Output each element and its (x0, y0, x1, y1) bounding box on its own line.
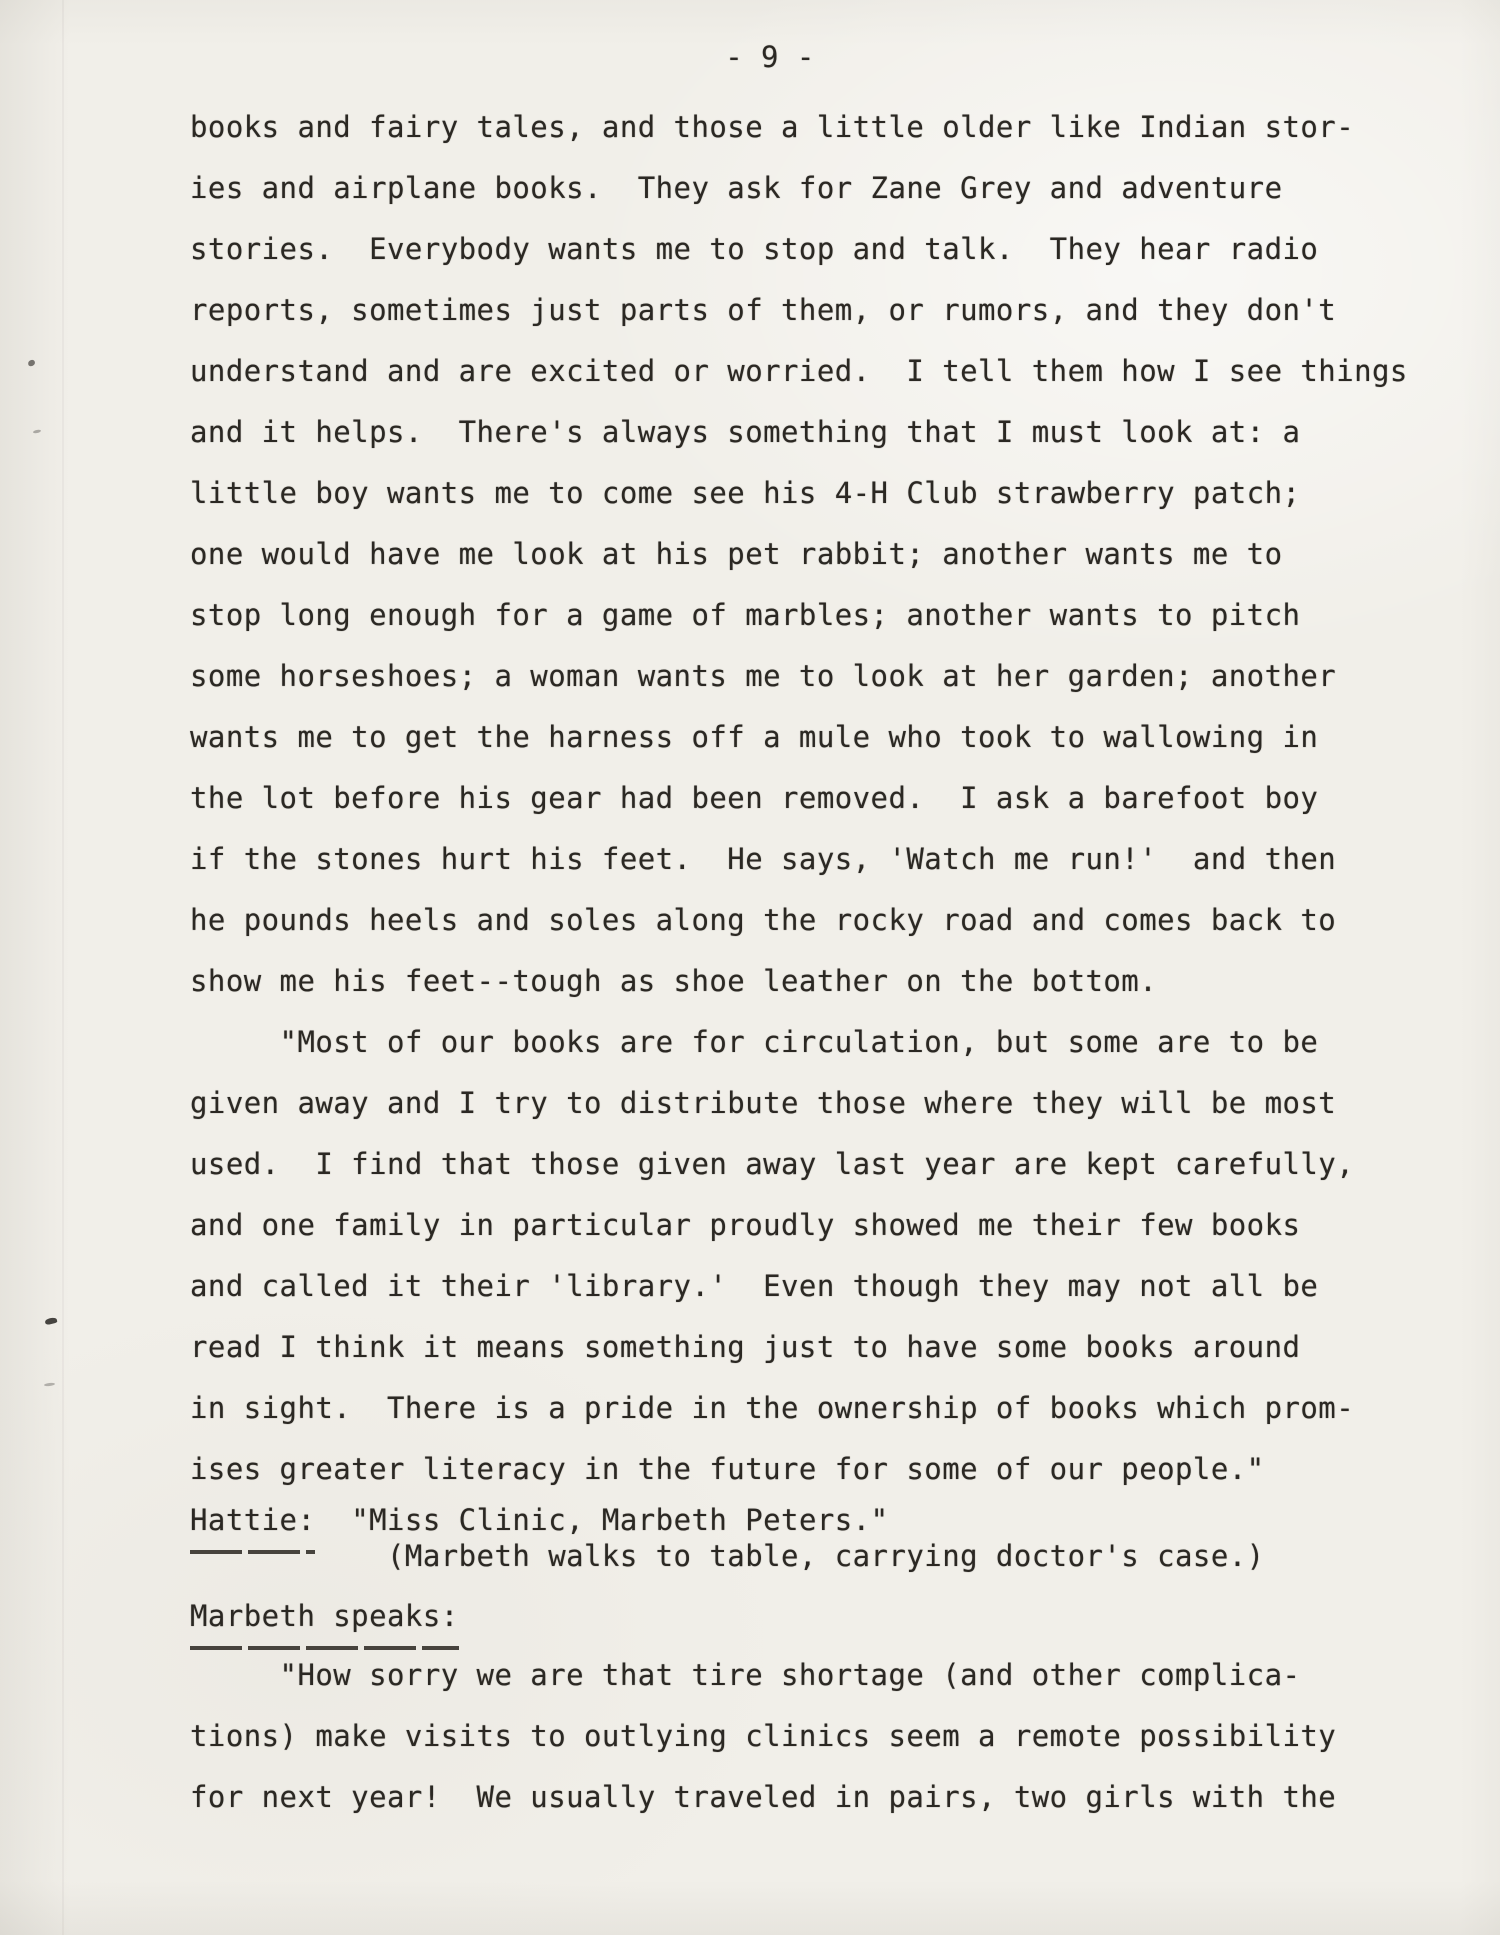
speaker-name-marbeth: Marbeth speaks: (190, 1586, 459, 1650)
text-line: "How sorry we are that tire shortage (an… (190, 1645, 1336, 1706)
ink-speck (44, 1382, 55, 1386)
text-line: and called it their 'library.' Even thou… (190, 1256, 1354, 1317)
stage-direction: (Marbeth walks to table, carrying doctor… (190, 1539, 1265, 1573)
text-line: and one family in particular proudly sho… (190, 1195, 1354, 1256)
paragraph-1: books and fairy tales, and those a littl… (190, 97, 1408, 1012)
hattie-dialogue: "Miss Clinic, Marbeth Peters." (351, 1503, 888, 1537)
text-line: stories. Everybody wants me to stop and … (190, 219, 1408, 280)
ink-speck (44, 1317, 57, 1326)
marbeth-cue-line: Marbeth speaks: (190, 1586, 459, 1650)
text-line: for next year! We usually traveled in pa… (190, 1767, 1336, 1828)
text-line: understand and are excited or worried. I… (190, 341, 1408, 402)
text-line: and it helps. There's always something t… (190, 402, 1408, 463)
text-line: books and fairy tales, and those a littl… (190, 97, 1408, 158)
text-line: stop long enough for a game of marbles; … (190, 585, 1408, 646)
text-line: used. I find that those given away last … (190, 1134, 1354, 1195)
ink-speck (33, 429, 41, 434)
text-line: ies and airplane books. They ask for Zan… (190, 158, 1408, 219)
text-line: read I think it means something just to … (190, 1317, 1354, 1378)
cue-spacing (315, 1503, 351, 1537)
text-line: wants me to get the harness off a mule w… (190, 707, 1408, 768)
paragraph-3: "How sorry we are that tire shortage (an… (190, 1645, 1336, 1828)
text-line: if the stones hurt his feet. He says, 'W… (190, 829, 1408, 890)
page-number: - 9 - (20, 40, 1500, 74)
ink-speck (27, 359, 36, 367)
text-line: some horseshoes; a woman wants me to loo… (190, 646, 1408, 707)
text-line: the lot before his gear had been removed… (190, 768, 1408, 829)
text-line: little boy wants me to come see his 4-H … (190, 463, 1408, 524)
paper-crease (62, 0, 64, 1935)
text-line: show me his feet--tough as shoe leather … (190, 951, 1408, 1012)
text-line: reports, sometimes just parts of them, o… (190, 280, 1408, 341)
text-line: tions) make visits to outlying clinics s… (190, 1706, 1336, 1767)
paragraph-2: "Most of our books are for circulation, … (190, 1012, 1354, 1500)
text-line: given away and I try to distribute those… (190, 1073, 1354, 1134)
text-line: in sight. There is a pride in the owners… (190, 1378, 1354, 1439)
typewritten-script-page: - 9 - books and fairy tales, and those a… (0, 0, 1500, 1935)
text-line: one would have me look at his pet rabbit… (190, 524, 1408, 585)
text-line: he pounds heels and soles along the rock… (190, 890, 1408, 951)
text-line: "Most of our books are for circulation, … (190, 1012, 1354, 1073)
